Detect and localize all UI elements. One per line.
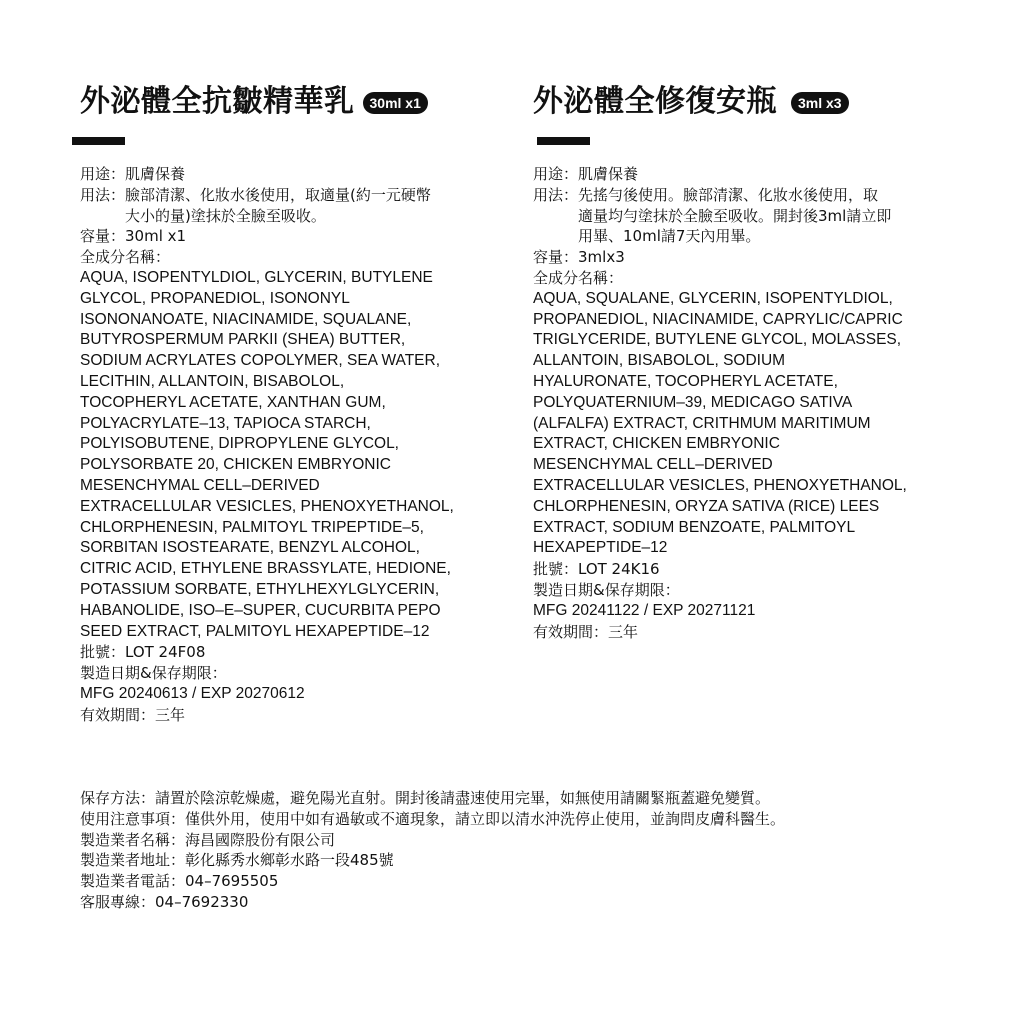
usage-method-line: 大小的量)塗抹於全臉至吸收。: [80, 206, 454, 227]
manufacturer-name: 製造業者名稱：海昌國際股份有限公司: [80, 830, 785, 851]
storage-instructions: 保存方法：請置於陰涼乾燥處，避免陽光直射。開封後請盡速使用完畢，如無使用請關緊瓶…: [80, 788, 785, 809]
lot-number: 批號：LOT 24K16: [533, 559, 907, 580]
ingredients-label: 全成分名稱：: [533, 268, 907, 289]
lot-number: 批號：LOT 24F08: [80, 642, 454, 663]
ingredients-line: HABANOLIDE, ISO–E–SUPER, CUCURBITA PEPO: [80, 601, 454, 622]
usage-method-line: 用畢、10ml請7天內用畢。: [533, 226, 907, 247]
date-label: 製造日期&保存期限：: [80, 663, 454, 684]
ingredients-line: CHLORPHENESIN, ORYZA SATIVA (RICE) LEES: [533, 497, 907, 518]
mfg-exp-dates: MFG 20240613 / EXP 20270612: [80, 684, 454, 705]
ingredients-line: EXTRACT, CHICKEN EMBRYONIC: [533, 434, 907, 455]
title-underline-bar: [537, 137, 590, 145]
ingredients-line: MESENCHYMAL CELL–DERIVED: [80, 476, 454, 497]
ingredients-line: HYALURONATE, TOCOPHERYL ACETATE,: [533, 372, 907, 393]
shelf-life: 有效期間：三年: [533, 622, 907, 643]
volume-badge: 3ml x3: [791, 92, 849, 114]
product-info: 用途：肌膚保養 用法：先搖勻後使用。臉部清潔、化妝水後使用，取 適量均勻塗抹於全…: [533, 164, 907, 642]
ingredients-line: POLYSORBATE 20, CHICKEN EMBRYONIC: [80, 455, 454, 476]
ingredients-line: ALLANTOIN, BISABOLOL, SODIUM: [533, 351, 907, 372]
ingredients-line: AQUA, SQUALANE, GLYCERIN, ISOPENTYLDIOL,: [533, 289, 907, 310]
ingredients-line: EXTRACT, SODIUM BENZOATE, PALMITOYL: [533, 518, 907, 539]
ingredients-line: BUTYROSPERMUM PARKII (SHEA) BUTTER,: [80, 330, 454, 351]
ingredients-line: SORBITAN ISOSTEARATE, BENZYL ALCOHOL,: [80, 538, 454, 559]
ingredients-line: POLYISOBUTENE, DIPROPYLENE GLYCOL,: [80, 434, 454, 455]
ingredients-line: CHLORPHENESIN, PALMITOYL TRIPEPTIDE–5,: [80, 518, 454, 539]
ingredients-line: MESENCHYMAL CELL–DERIVED: [533, 455, 907, 476]
usage-method-line: 適量均勻塗抹於全臉至吸收。開封後3ml請立即: [533, 206, 907, 227]
capacity: 容量：3mlx3: [533, 247, 907, 268]
ingredients-line: ISONONANOATE, NIACINAMIDE, SQUALANE,: [80, 310, 454, 331]
ingredients-line: TOCOPHERYL ACETATE, XANTHAN GUM,: [80, 393, 454, 414]
ingredients-line: AQUA, ISOPENTYLDIOL, GLYCERIN, BUTYLENE: [80, 268, 454, 289]
ingredients-line: POLYACRYLATE–13, TAPIOCA STARCH,: [80, 414, 454, 435]
ingredients-label: 全成分名稱：: [80, 247, 454, 268]
ingredients-line: EXTRACELLULAR VESICLES, PHENOXYETHANOL,: [80, 497, 454, 518]
shelf-life: 有效期間：三年: [80, 705, 454, 726]
ingredients-line: POTASSIUM SORBATE, ETHYLHEXYLGLYCERIN,: [80, 580, 454, 601]
ingredients-line: SEED EXTRACT, PALMITOYL HEXAPEPTIDE–12: [80, 622, 454, 643]
product-info: 用途：肌膚保養 用法：臉部清潔、化妝水後使用，取適量(約一元硬幣 大小的量)塗抹…: [80, 164, 454, 726]
volume-badge: 30ml x1: [363, 92, 428, 114]
ingredients-line: TRIGLYCERIDE, BUTYLENE GLYCOL, MOLASSES,: [533, 330, 907, 351]
usage-method-line: 用法：先搖勻後使用。臉部清潔、化妝水後使用，取: [533, 185, 907, 206]
product-title: 外泌體全抗皺精華乳: [80, 84, 355, 120]
title-underline-bar: [72, 137, 125, 145]
ingredients-line: (ALFALFA) EXTRACT, CRITHMUM MARITIMUM: [533, 414, 907, 435]
usage-purpose: 用途：肌膚保養: [80, 164, 454, 185]
usage-purpose: 用途：肌膚保養: [533, 164, 907, 185]
capacity: 容量：30ml x1: [80, 226, 454, 247]
customer-service-phone: 客服專線：04–7692330: [80, 892, 785, 913]
ingredients-line: GLYCOL, PROPANEDIOL, ISONONYL: [80, 289, 454, 310]
mfg-exp-dates: MFG 20241122 / EXP 20271121: [533, 601, 907, 622]
manufacturer-address: 製造業者地址：彰化縣秀水鄉彰水路一段485號: [80, 850, 785, 871]
usage-precautions: 使用注意事項：僅供外用，使用中如有過敏或不適現象，請立即以清水沖洗停止使用，並詢…: [80, 809, 785, 830]
product-title-row: 外泌體全修復安瓶 3ml x3: [533, 84, 849, 120]
usage-method-line: 用法：臉部清潔、化妝水後使用，取適量(約一元硬幣: [80, 185, 454, 206]
ingredients-line: POLYQUATERNIUM–39, MEDICAGO SATIVA: [533, 393, 907, 414]
ingredients-line: CITRIC ACID, ETHYLENE BRASSYLATE, HEDION…: [80, 559, 454, 580]
date-label: 製造日期&保存期限：: [533, 580, 907, 601]
manufacturer-phone: 製造業者電話：04–7695505: [80, 871, 785, 892]
footer-notes: 保存方法：請置於陰涼乾燥處，避免陽光直射。開封後請盡速使用完畢，如無使用請關緊瓶…: [80, 788, 785, 913]
ingredients-line: LECITHIN, ALLANTOIN, BISABOLOL,: [80, 372, 454, 393]
product-title-row: 外泌體全抗皺精華乳 30ml x1: [80, 84, 428, 120]
ingredients-line: EXTRACELLULAR VESICLES, PHENOXYETHANOL,: [533, 476, 907, 497]
ingredients-line: HEXAPEPTIDE–12: [533, 538, 907, 559]
ingredients-line: PROPANEDIOL, NIACINAMIDE, CAPRYLIC/CAPRI…: [533, 310, 907, 331]
ingredients-line: SODIUM ACRYLATES COPOLYMER, SEA WATER,: [80, 351, 454, 372]
product-title: 外泌體全修復安瓶: [533, 84, 777, 120]
